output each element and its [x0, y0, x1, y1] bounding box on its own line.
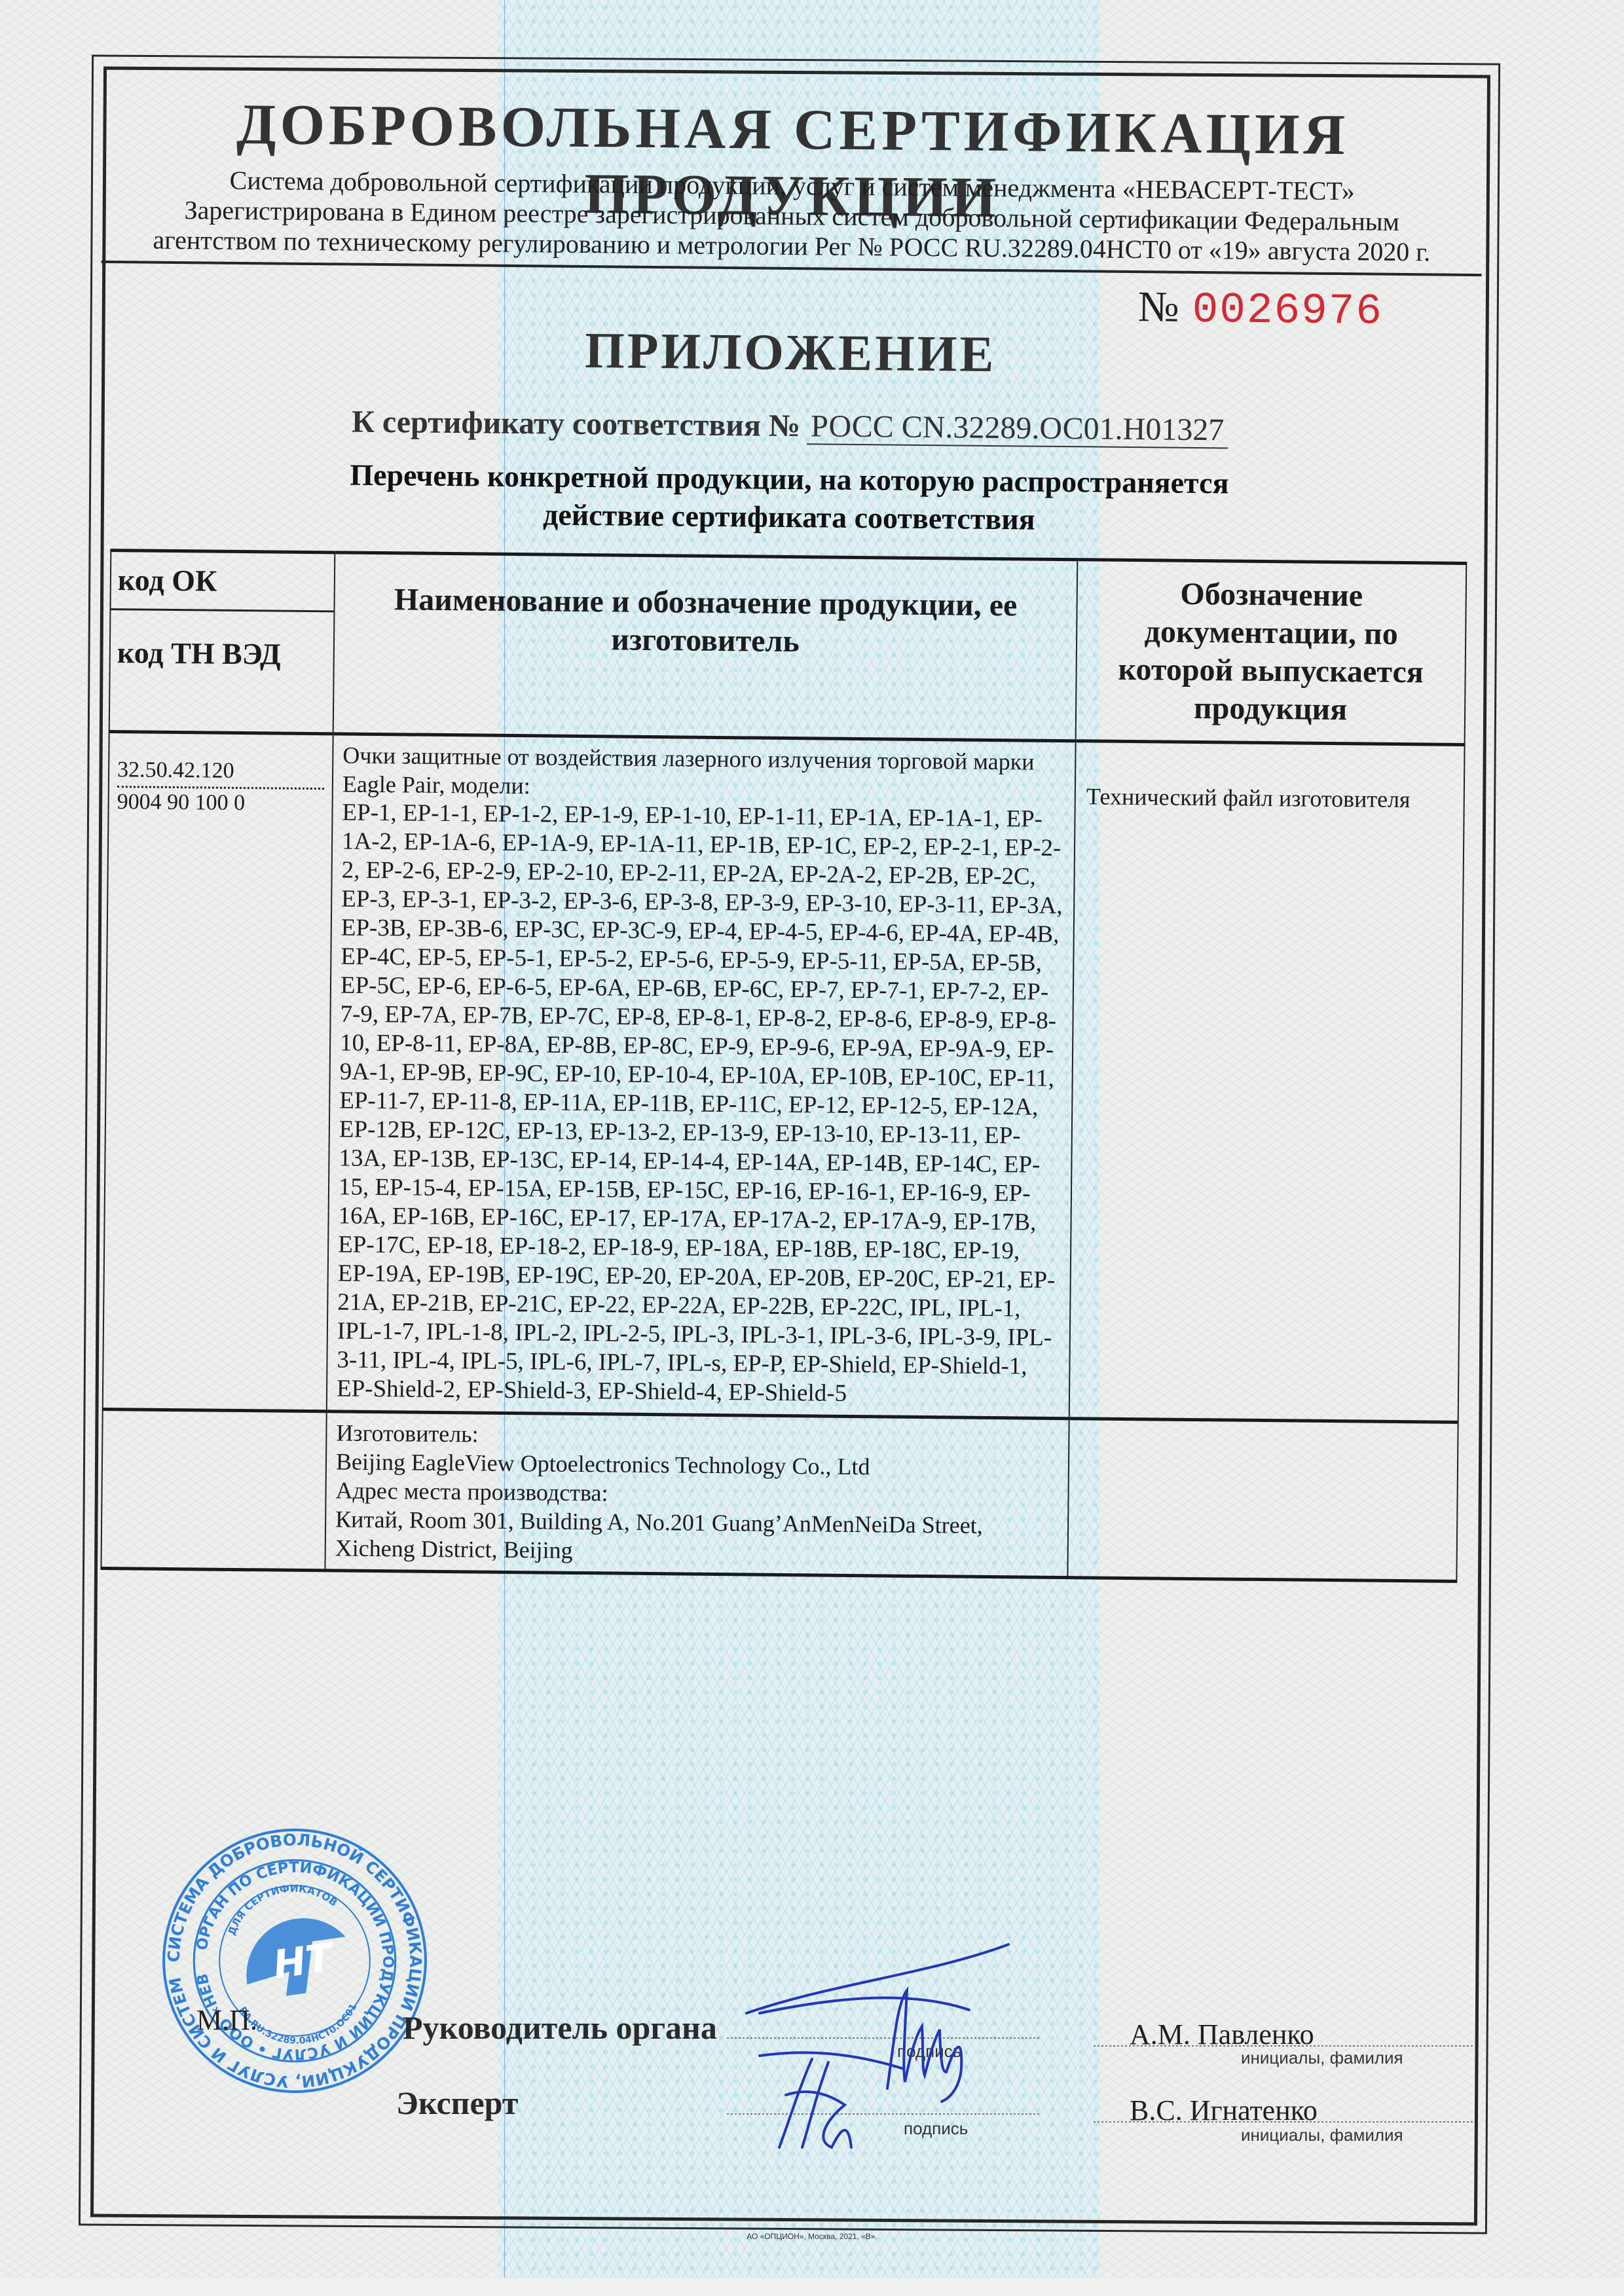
model-list: EP-1, EP-1-1, EP-1-2, EP-1-9, EP-1-10, E… — [337, 798, 1065, 1410]
head-of-body-label: Руководитель органа — [403, 2009, 717, 2047]
head-name-caption: инициалы, фамилия — [1241, 2048, 1403, 2068]
code-tn-ved-value: 9004 90 100 0 — [117, 788, 323, 818]
product-description: Очки защитные от воздействия лазерного и… — [342, 740, 1066, 805]
scope-heading: Перечень конкретной продукции, на котору… — [99, 454, 1480, 543]
number-sign: № — [1137, 283, 1179, 331]
official-stamp-icon: СИСТЕМА ДОБРОВОЛЬНОЙ СЕРТИФИКАЦИИ ПРОДУК… — [143, 1809, 446, 2112]
name-header: Наименование и обозначение продукции, ее… — [333, 553, 1078, 741]
expert-name-caption: инициалы, фамилия — [1241, 2125, 1403, 2145]
certificate-reference-label: К сертификату соответствия № — [352, 405, 801, 444]
expert-signature-icon — [753, 2049, 950, 2154]
certificate-reference: К сертификату соответствия №РОСС CN.3228… — [100, 401, 1480, 450]
products-table: код ОК код ТН ВЭД Наименование и обознач… — [100, 549, 1467, 1583]
svg-text:НТ: НТ — [270, 1935, 338, 1988]
appendix-title: ПРИЛОЖЕНИЕ — [100, 316, 1481, 388]
codes-cell: 32.50.42.120 9004 90 100 0 — [103, 732, 333, 1412]
manufacturer-row: Изготовитель: Beijing EagleView Optoelec… — [101, 1410, 1458, 1582]
seal-place-label: М.П. — [196, 2003, 257, 2037]
empty-cell — [101, 1410, 326, 1571]
expert-name-line — [1094, 2121, 1473, 2123]
description-cell: Очки защитные от воздействия лазерного и… — [327, 734, 1076, 1419]
documentation-header: Обозначение документации, по которой вып… — [1076, 560, 1467, 745]
manufacturer-cell: Изготовитель: Beijing EagleView Optoelec… — [325, 1412, 1069, 1578]
codes-header: код ОК код ТН ВЭД — [109, 551, 335, 734]
code-ok-header: код ОК — [111, 552, 334, 612]
table-header-row: код ОК код ТН ВЭД Наименование и обознач… — [109, 551, 1467, 745]
code-ok-value: 32.50.42.120 — [117, 756, 324, 790]
certificate-reference-value: РОСС CN.32289.ОС01.Н01327 — [807, 409, 1228, 448]
printer-note: АО «ОПЦИОН», Москва, 2021, «В». — [0, 2232, 1624, 2241]
code-tn-ved-header: код ТН ВЭД — [110, 610, 333, 697]
expert-label: Эксперт — [396, 2084, 518, 2122]
empty-cell — [1067, 1419, 1458, 1582]
table-row: 32.50.42.120 9004 90 100 0 Очки защитные… — [103, 732, 1465, 1423]
head-name-line — [1094, 2045, 1473, 2047]
documentation-cell: Технический файл изготовителя — [1069, 741, 1465, 1423]
